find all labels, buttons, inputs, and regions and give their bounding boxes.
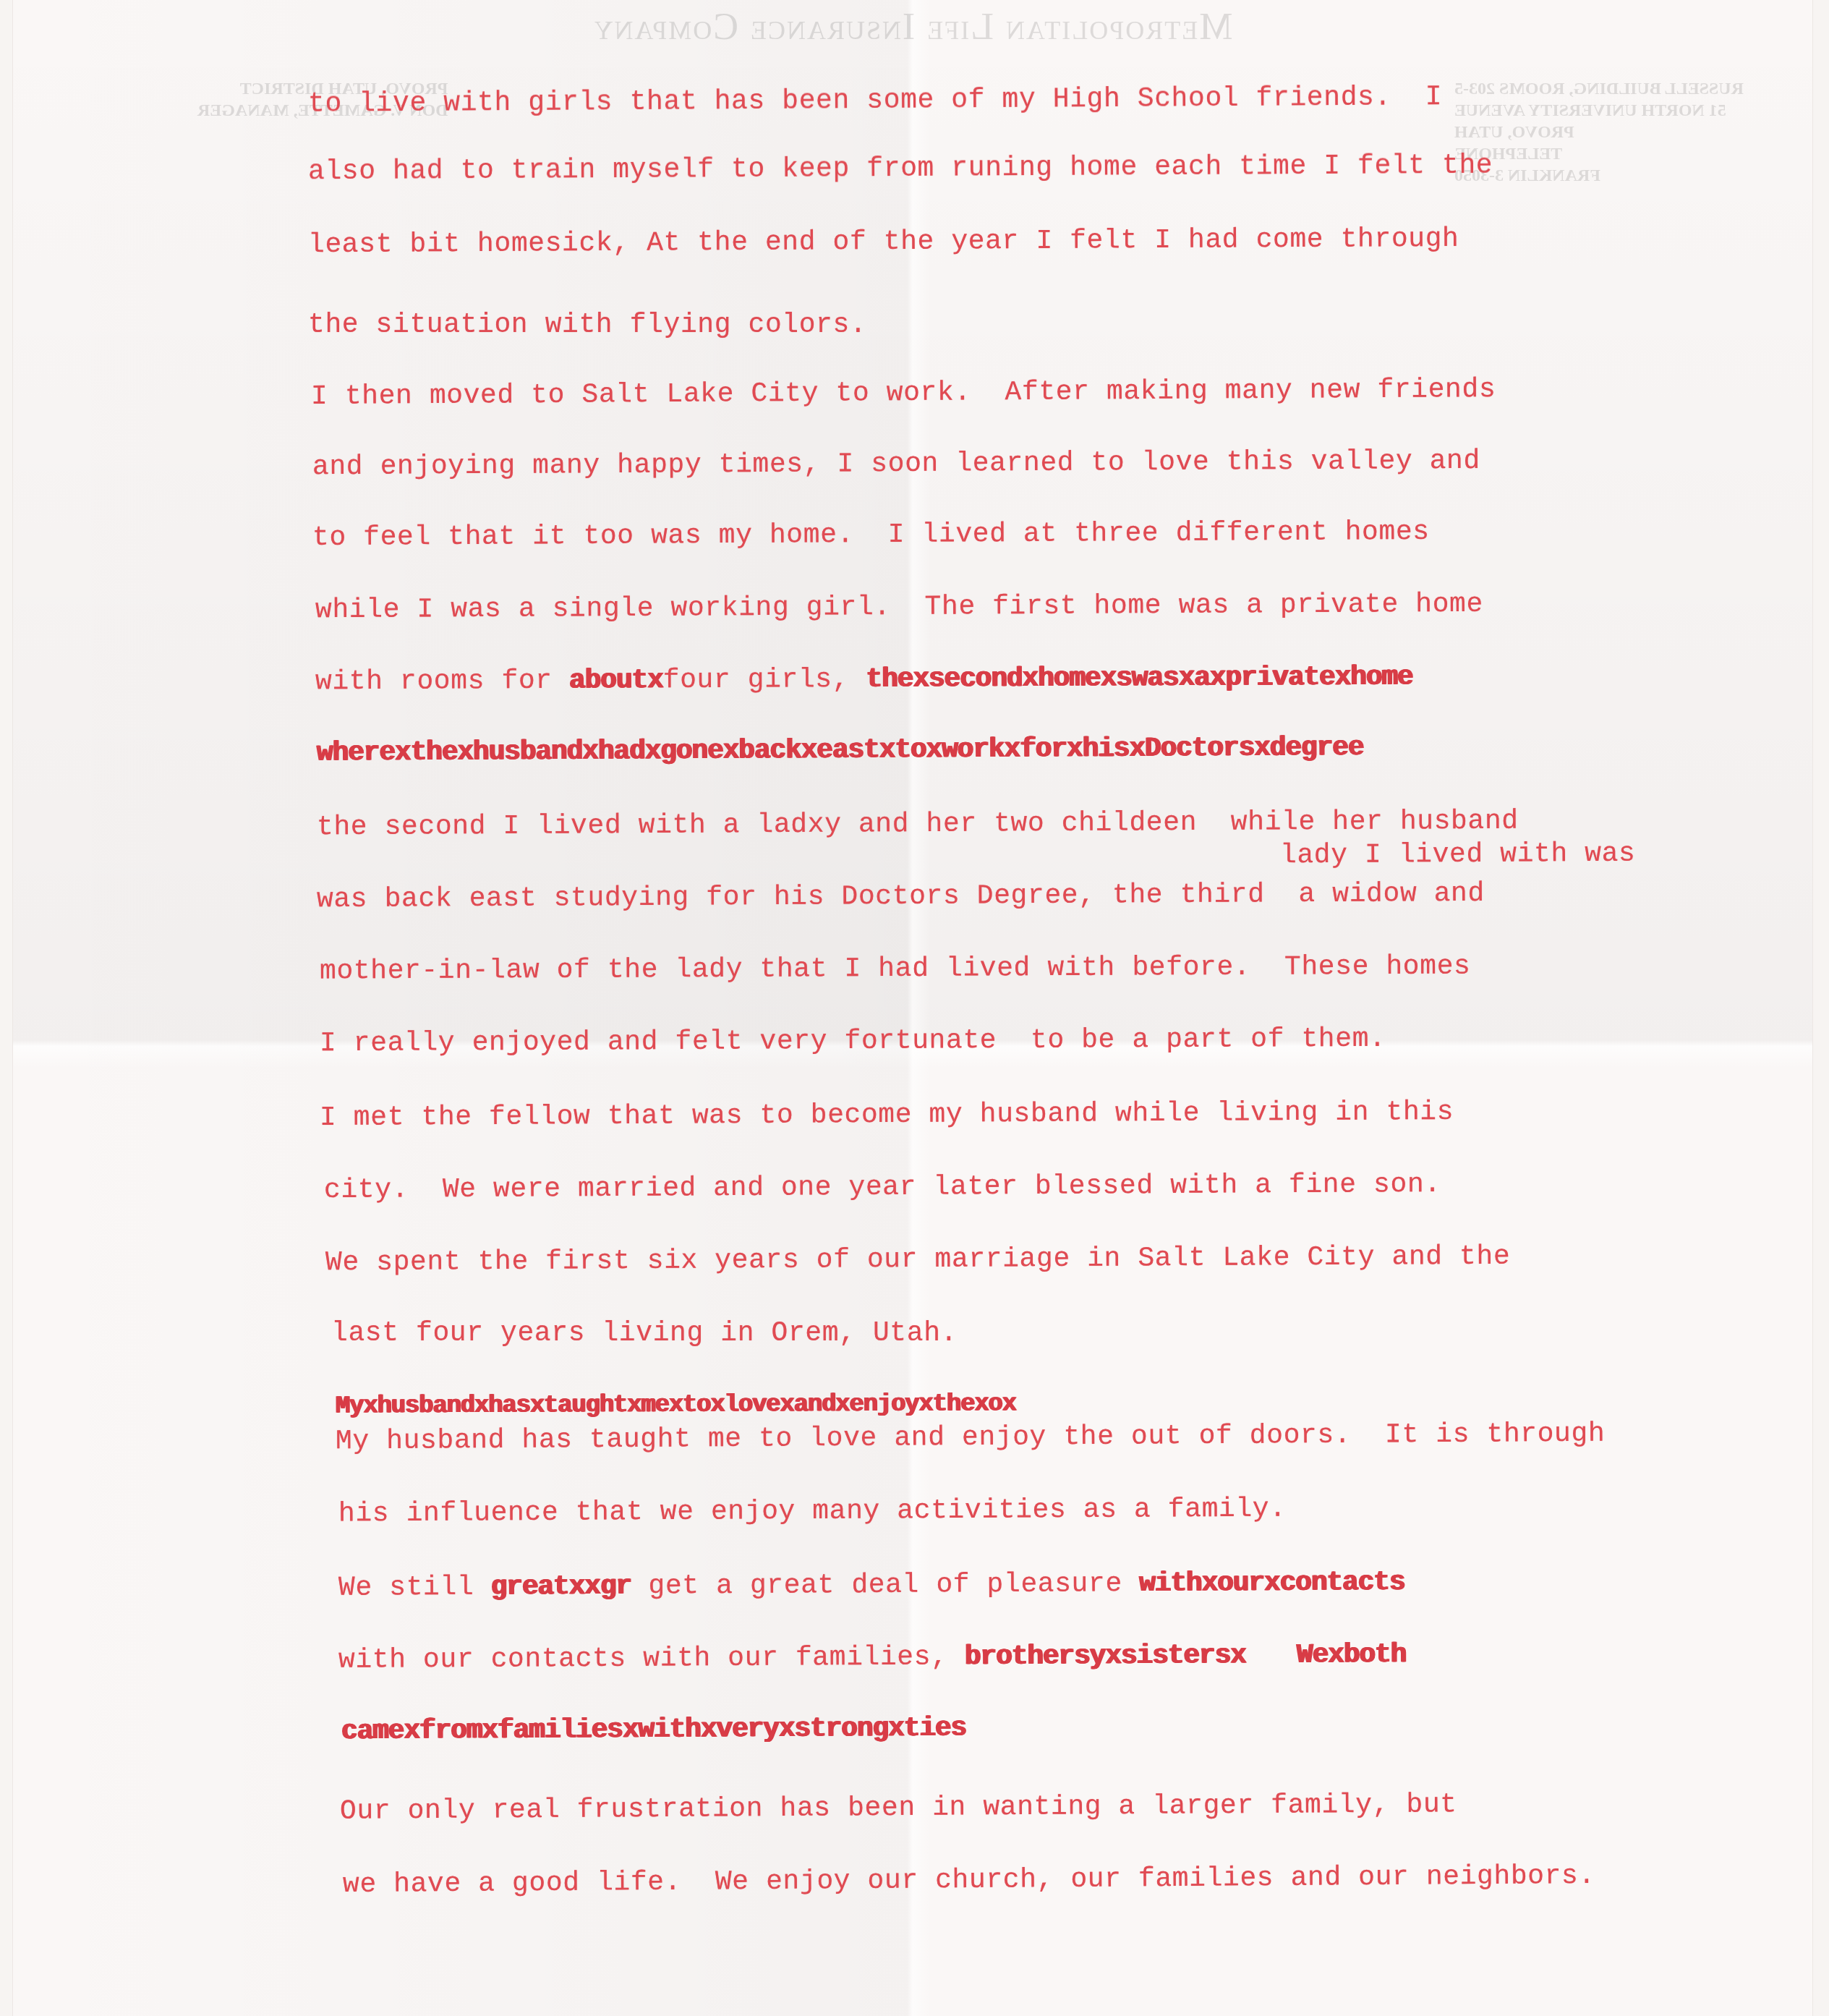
letterhead-company: Metropolitan Life Insurance Company: [13, 6, 1812, 48]
text-line: I then moved to Salt Lake City to work. …: [311, 374, 1496, 412]
text-line: I met the fellow that was to become my h…: [320, 1097, 1454, 1134]
letterhead-right-block: RUSSELL BUILDING, ROOMS 203-5 51 NORTH U…: [1454, 78, 1744, 187]
text-line-with-strikeouts: We still greatxxgr get a great deal of p…: [338, 1567, 1405, 1604]
interlinear-insertion: lady I lived with was: [1280, 838, 1636, 872]
text-line: Our only real frustration has been in wa…: [340, 1789, 1457, 1826]
struck-text: Wexboth: [1297, 1639, 1406, 1671]
text-line: mother-in-law of the lady that I had liv…: [320, 951, 1471, 987]
struck-text: greatxxgr: [491, 1571, 632, 1603]
text-line: was back east studying for his Doctors D…: [317, 878, 1485, 915]
struck-line: Myxhusbandxhasxtaughtxmextoxlovexandxenj…: [336, 1390, 1016, 1420]
text-line: last four years living in Orem, Utah.: [331, 1318, 958, 1349]
text-line-with-strikeouts: with our contacts with our families, bro…: [338, 1639, 1406, 1676]
struck-line: wherexthexhusbandxhadxgonexbackxeastxtox…: [317, 732, 1364, 769]
text-line: the situation with flying colors.: [308, 310, 866, 341]
struck-text: thexsecondxhomexswasxaxprivatexhome: [866, 662, 1412, 695]
text-line: to live with girls that has been some of…: [308, 82, 1442, 120]
text-line-with-strikeouts: with rooms for aboutxfour girls, thexsec…: [315, 662, 1413, 698]
text-line: We spent the first six years of our marr…: [325, 1241, 1510, 1279]
struck-text: brothersyxsistersx: [965, 1640, 1246, 1672]
text-line: we have a good life. We enjoy our church…: [343, 1860, 1595, 1900]
text-line: his influence that we enjoy many activit…: [338, 1494, 1287, 1530]
struck-line: camexfromxfamiliesxwithxveryxstrongxties: [341, 1713, 966, 1748]
text-line: city. We were married and one year later…: [324, 1169, 1441, 1206]
text-line: while I was a single working girl. The f…: [315, 589, 1483, 626]
text-line: to feel that it too was my home. I lived…: [312, 516, 1430, 553]
struck-text: withxourxcontacts: [1139, 1567, 1404, 1599]
letter-page: Metropolitan Life Insurance Company PROV…: [13, 0, 1812, 2016]
struck-text: aboutx: [569, 665, 663, 697]
text-line: and enjoying many happy times, I soon le…: [312, 446, 1480, 482]
text-line: least bit homesick, At the end of the ye…: [308, 224, 1459, 260]
text-line: My husband has taught me to love and enj…: [336, 1419, 1606, 1458]
text-line: also had to train myself to keep from ru…: [308, 150, 1493, 188]
text-line: the second I lived with a ladxy and her …: [317, 806, 1519, 843]
text-line: I really enjoyed and felt very fortunate…: [320, 1024, 1386, 1059]
